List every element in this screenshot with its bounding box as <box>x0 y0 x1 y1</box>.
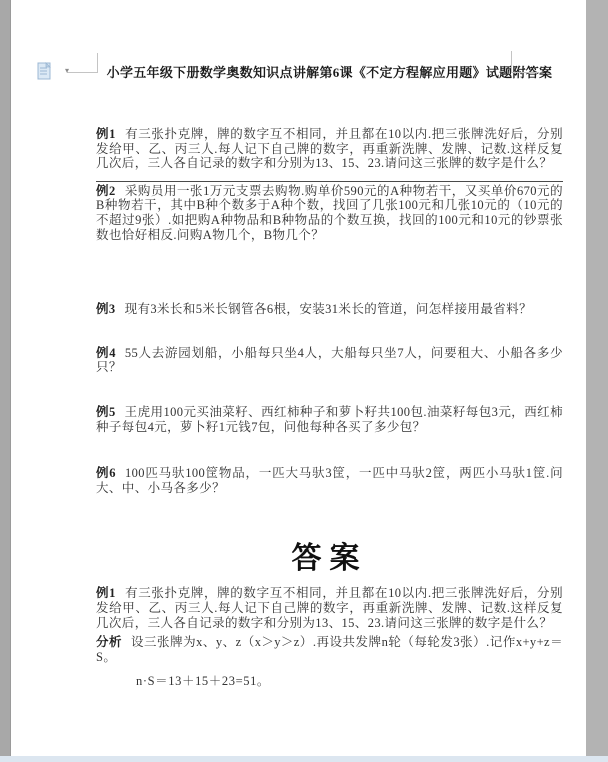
document-title: 小学五年级下册数学奥数知识点讲解第6课《不定方程解应用题》试题附答案 <box>96 64 563 82</box>
problem-1-text: 有三张扑克牌，牌的数字互不相同，并且都在10以内.把三张牌洗好后，分别发给甲、乙… <box>96 127 563 170</box>
answer-analysis: 分析设三张牌为x、y、z（x＞y＞z）.再设共发牌n轮（每轮发3张）.记作x+y… <box>96 635 563 664</box>
problem-4: 例455人去游园划船，小船每只坐4人，大船每只坐7人，问要租大、小船各多少只？ <box>96 346 563 375</box>
answer-example-1-label: 例1 <box>96 586 116 600</box>
problem-6: 例6100匹马驮100筐物品，一匹大马驮3筐，一匹中马驮2筐，两匹小马驮1筐.问… <box>96 466 563 495</box>
answer-example-1-text: 有三张扑克牌，牌的数字互不相同，并且都在10以内.把三张牌洗好后，分别发给甲、乙… <box>96 586 563 629</box>
dropdown-arrow-icon[interactable]: ▾ <box>65 67 69 75</box>
problem-3: 例3现有3米长和5米长钢管各6根，安装31米长的管道，问怎样接用最省料？ <box>96 302 563 317</box>
problem-2-text: 采购员用一张1万元支票去购物.购单价590元的A种物若干，又买单价670元的B种… <box>96 184 563 242</box>
app-background-left <box>0 0 11 762</box>
problem-3-label: 例3 <box>96 302 116 316</box>
horizontal-scrollbar[interactable] <box>0 756 608 762</box>
problem-5-label: 例5 <box>96 405 116 419</box>
problem-1: 例1有三张扑克牌，牌的数字互不相同，并且都在10以内.把三张牌洗好后，分别发给甲… <box>96 127 563 171</box>
problem-6-text: 100匹马驮100筐物品，一匹大马驮3筐，一匹中马驮2筐，两匹小马驮1筐.问大、… <box>96 466 563 495</box>
problem-4-text: 55人去游园划船，小船每只坐4人，大船每只坐7人，问要租大、小船各多少只？ <box>96 346 563 375</box>
answer-formula: n·S＝13＋15＋23=51。 <box>96 674 563 689</box>
answers-heading: 答案 <box>96 541 563 577</box>
document-page: ▾ 小学五年级下册数学奥数知识点讲解第6课《不定方程解应用题》试题附答案 例1有… <box>11 0 586 756</box>
problem-1-label: 例1 <box>96 127 116 141</box>
answer-analysis-label: 分析 <box>96 635 122 649</box>
app-background-right <box>585 0 608 762</box>
answer-example-1: 例1有三张扑克牌，牌的数字互不相同，并且都在10以内.把三张牌洗好后，分别发给甲… <box>96 586 563 630</box>
problem-4-label: 例4 <box>96 346 116 360</box>
problem-3-text: 现有3米长和5米长钢管各6根，安装31米长的管道，问怎样接用最省料？ <box>125 302 532 316</box>
problem-2: 例2采购员用一张1万元支票去购物.购单价590元的A种物若干，又买单价670元的… <box>96 181 563 242</box>
problem-6-label: 例6 <box>96 466 116 480</box>
margin-crop-mark-top-right <box>511 51 538 73</box>
answer-analysis-text: 设三张牌为x、y、z（x＞y＞z）.再设共发牌n轮（每轮发3张）.记作x+y+z… <box>96 635 563 664</box>
problem-5: 例5王虎用100元买油菜籽、西红柿种子和萝卜籽共100包.油菜籽每包3元，西红柿… <box>96 405 563 434</box>
problem-2-label: 例2 <box>96 184 116 198</box>
problem-5-text: 王虎用100元买油菜籽、西红柿种子和萝卜籽共100包.油菜籽每包3元，西红柿种子… <box>96 405 563 434</box>
paste-options-button[interactable]: ▾ <box>37 62 75 84</box>
